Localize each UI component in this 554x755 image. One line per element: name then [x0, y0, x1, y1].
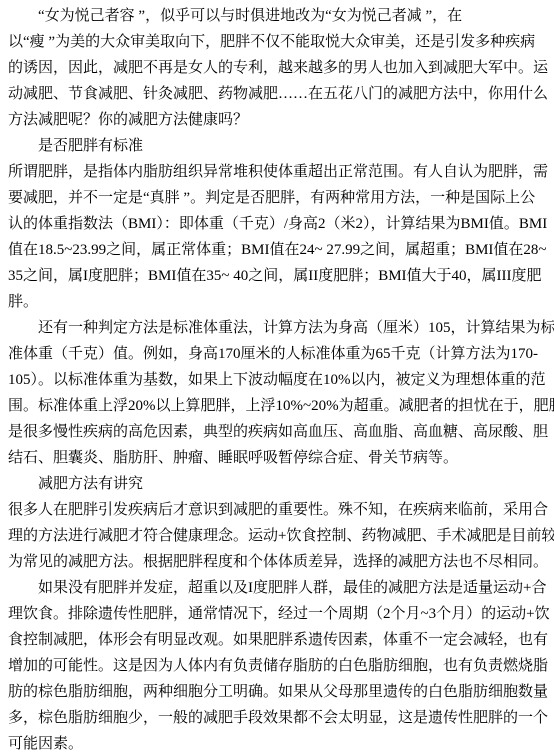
text-line: 要减肥，并不一定是“真胖 ”。判定是否肥胖，有两种常用方法，一种是国际上公 [8, 185, 548, 211]
text-body: “女为悦己者容 ”，似乎可以与时俱进地改为“女为悦己者减 ”，在以“瘦 ”为美的… [8, 3, 548, 755]
text-line: 多，棕色脂肪细胞少，一般的减肥手段效果都不会太明显，这是遗传性肥胖的一个 [8, 705, 548, 731]
text-line: 围。标准体重上浮20%以上算肥胖，上浮10%~20%为超重。减肥者的担忧在于，肥… [8, 393, 548, 419]
text-line: 认的体重指数法（BMI）：即体重（千克）/身高2（米2），计算结果为BMI值。B… [8, 211, 548, 237]
text-line: 理的方法进行减肥才符合健康理念。运动+饮食控制、药物减肥、手术减肥是目前较 [8, 523, 548, 549]
text-line: 胖。 [8, 289, 548, 315]
text-line: 值在18.5~23.99之间，属正常体重；BMI值在24~ 27.99之间，属超… [8, 237, 548, 263]
text-line: 35之间，属I度肥胖；BMI值在35~ 40之间，属II度肥胖；BMI值大于40… [8, 263, 548, 289]
text-line: 为常见的减肥方法。根据肥胖程度和个体体质差异，选择的减肥方法也不尽相同。 [8, 549, 548, 575]
text-line: 食控制减肥，体形会有明显改观。如果肥胖系遗传因素，体重不一定会减轻，也有 [8, 627, 548, 653]
text-line: 以“瘦 ”为美的大众审美取向下，肥胖不仅不能取悦大众审美，还是引发多种疾病 [8, 29, 548, 55]
text-line: 准体重（千克）值。例如，身高170厘米的人标准体重为65千克（计算方法为170- [8, 341, 548, 367]
text-line: 方法减肥呢？你的减肥方法健康吗？ [8, 107, 548, 133]
text-line: 很多人在肥胖引发疾病后才意识到减肥的重要性。殊不知，在疾病来临前，采用合 [8, 497, 548, 523]
text-line: “女为悦己者容 ”，似乎可以与时俱进地改为“女为悦己者减 ”，在 [8, 3, 548, 29]
text-line: 减肥方法有讲究 [8, 471, 548, 497]
text-line: 的诱因，因此，减肥不再是女人的专利，越来越多的男人也加入到减肥大军中。运 [8, 55, 548, 81]
text-line: 可能因素。 [8, 731, 548, 755]
text-line: 肪的棕色脂肪细胞，两种细胞分工明确。如果从父母那里遗传的白色脂肪细胞数量 [8, 679, 548, 705]
text-line: 105）。以标准体重为基数，如果上下波动幅度在10%以内，被定义为理想体重的范 [8, 367, 548, 393]
text-line: 是很多慢性疾病的高危因素，典型的疾病如高血压、高血脂、高血糖、高尿酸、胆 [8, 419, 548, 445]
text-line: 是否肥胖有标准 [8, 133, 548, 159]
text-line: 结石、胆囊炎、脂肪肝、肿瘤、睡眠呼吸暂停综合症、骨关节病等。 [8, 445, 548, 471]
text-line: 理饮食。排除遗传性肥胖，通常情况下，经过一个周期（2个月~3个月）的运动+饮 [8, 601, 548, 627]
text-line: 还有一种判定方法是标准体重法，计算方法为身高（厘米）105，计算结果为标 [8, 315, 548, 341]
document-page: “女为悦己者容 ”，似乎可以与时俱进地改为“女为悦己者减 ”，在以“瘦 ”为美的… [0, 0, 554, 755]
text-line: 如果没有肥胖并发症，超重以及I度肥胖人群，最佳的减肥方法是适量运动+合 [8, 575, 548, 601]
text-line: 动减肥、节食减肥、针灸减肥、药物减肥……在五花八门的减肥方法中，你用什么 [8, 81, 548, 107]
text-line: 增加的可能性。这是因为人体内有负责储存脂肪的白色脂肪细胞，也有负责燃烧脂 [8, 653, 548, 679]
text-line: 所谓肥胖，是指体内脂肪组织异常堆积使体重超出正常范围。有人自认为肥胖，需 [8, 159, 548, 185]
